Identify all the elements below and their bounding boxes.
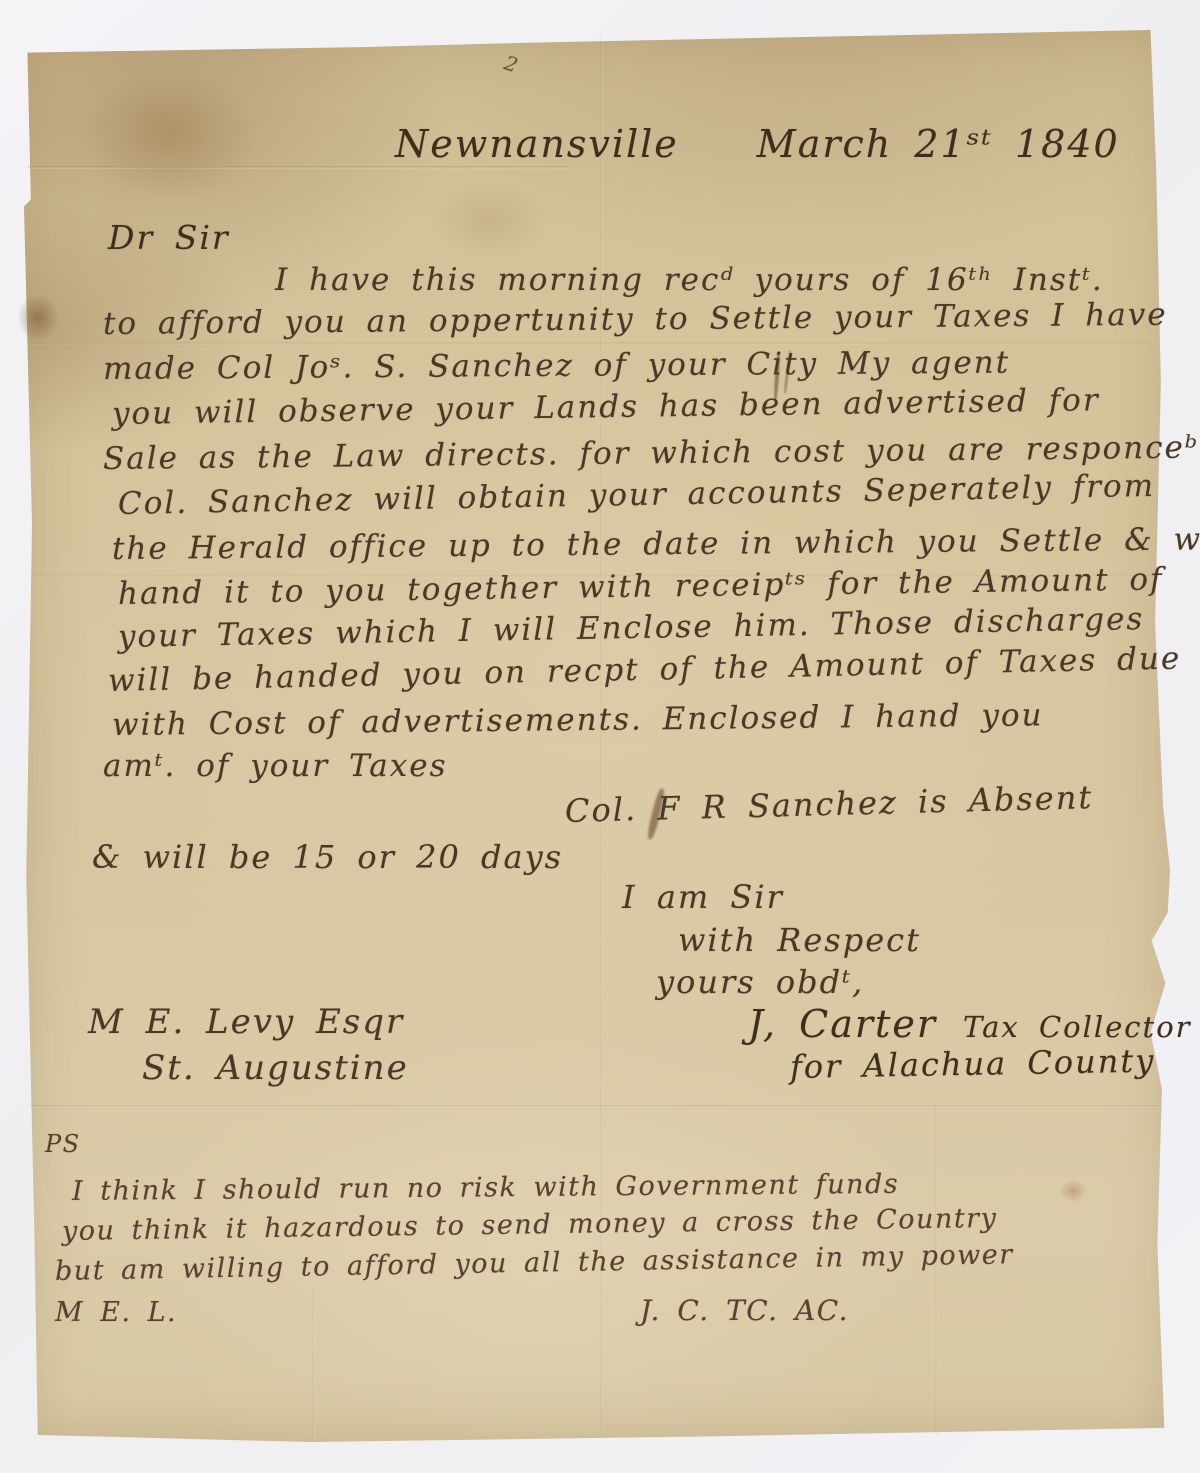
dateline: Newnansville March 21ˢᵗ 1840: [395, 122, 1120, 166]
closing-line: yours obdᵗ,: [656, 963, 864, 1001]
signature-line: J, Carter Tax Collector: [748, 1002, 1192, 1046]
closing-line: with Respect: [678, 921, 921, 959]
letter-line: made Col Joˢ. S. Sanchez of your City My…: [103, 345, 1010, 387]
dateline-date: March 21ˢᵗ 1840: [757, 122, 1120, 166]
postscript-label: PS: [45, 1130, 81, 1158]
salutation: Dr Sir: [108, 218, 230, 257]
signature-office: for Alachua County: [790, 1042, 1156, 1086]
postscript-initials-signer: J. C. TC. AC.: [640, 1294, 849, 1327]
addressee-city: St. Augustine: [142, 1048, 409, 1088]
letter-line: I have this morning recᵈ yours of 16ᵗʰ I…: [275, 262, 1104, 298]
letter-line: amᵗ. of your Taxes: [103, 748, 448, 784]
aside-line: & will be 15 or 20 days: [92, 838, 563, 876]
signature-name: J, Carter: [748, 1002, 937, 1046]
signature-title: Tax Collector: [963, 1010, 1192, 1044]
scanned-letter-page: 2 Newnansville March 21ˢᵗ 1840 Dr Sir I …: [0, 0, 1200, 1473]
dateline-place: Newnansville: [395, 122, 679, 166]
closing-line: I am Sir: [622, 878, 784, 916]
addressee-name: M E. Levy Esqr: [88, 1002, 404, 1042]
postscript-initials-addressee: M E. L.: [55, 1297, 177, 1328]
